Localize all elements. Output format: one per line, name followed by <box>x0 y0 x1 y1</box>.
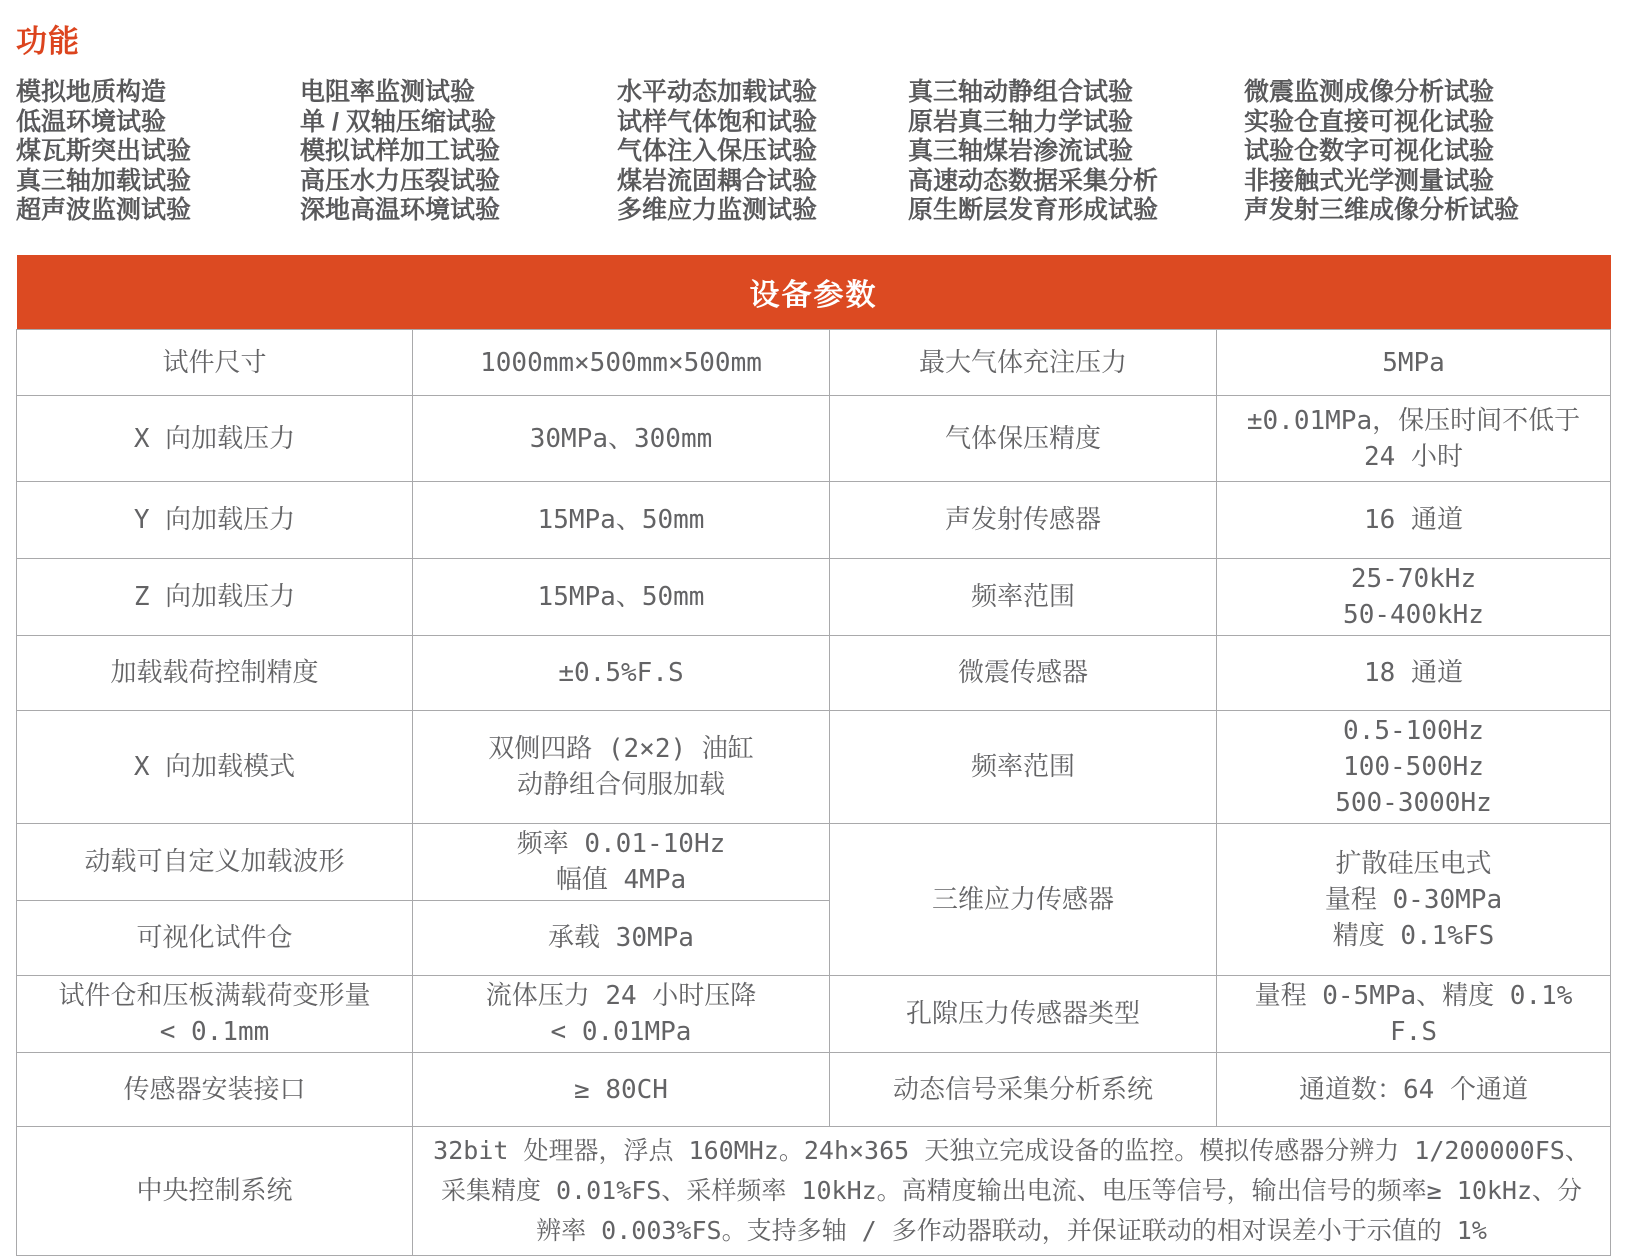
function-column-1: 模拟地质构造 低温环境试验 煤瓦斯突出试验 真三轴加载试验 超声波监测试验 <box>16 78 191 226</box>
param-label-cell: X 向加载模式 <box>17 711 413 824</box>
function-item: 原生断层发育形成试验 <box>908 196 1158 226</box>
param-label-cell: 频率范围 <box>830 711 1217 824</box>
param-value-cell: 5MPa <box>1217 330 1611 396</box>
param-value-cell: 16 通道 <box>1217 482 1611 559</box>
param-label-cell: 声发射传感器 <box>830 482 1217 559</box>
function-item: 气体注入保压试验 <box>617 137 817 167</box>
param-label-cell: 最大气体充注压力 <box>830 330 1217 396</box>
table-row: X 向加载模式 双侧四路 (2×2) 油缸 动静组合伺服加载 频率范围 0.5-… <box>17 711 1611 824</box>
param-value-cell: 15MPa、50mm <box>413 559 830 636</box>
function-item: 真三轴加载试验 <box>16 167 191 197</box>
param-label-cell: 加载载荷控制精度 <box>17 636 413 711</box>
function-item: 模拟地质构造 <box>16 78 191 108</box>
function-item: 深地高温环境试验 <box>300 196 500 226</box>
page-title: 功能 <box>16 16 80 61</box>
param-value-cell: 1000mm×500mm×500mm <box>413 330 830 396</box>
param-label-cell: 三维应力传感器 <box>830 824 1217 976</box>
function-item: 真三轴煤岩渗流试验 <box>908 137 1158 167</box>
table-row: X 向加载压力 30MPa、300mm 气体保压精度 ±0.01MPa，保压时间… <box>17 396 1611 482</box>
function-item: 水平动态加载试验 <box>617 78 817 108</box>
param-label-cell: 动态信号采集分析系统 <box>830 1053 1217 1127</box>
param-label-cell: X 向加载压力 <box>17 396 413 482</box>
function-column-3: 水平动态加载试验 试样气体饱和试验 气体注入保压试验 煤岩流固耦合试验 多维应力… <box>617 78 817 226</box>
param-value-cell: ±0.01MPa，保压时间不低于 24 小时 <box>1217 396 1611 482</box>
function-item: 微震监测成像分析试验 <box>1244 78 1519 108</box>
param-value-cell: 25-70kHz 50-400kHz <box>1217 559 1611 636</box>
table-header-band: 设备参数 <box>17 255 1611 330</box>
param-label-cell: 气体保压精度 <box>830 396 1217 482</box>
table-row: Y 向加载压力 15MPa、50mm 声发射传感器 16 通道 <box>17 482 1611 559</box>
table-row: Z 向加载压力 15MPa、50mm 频率范围 25-70kHz 50-400k… <box>17 559 1611 636</box>
function-item: 煤瓦斯突出试验 <box>16 137 191 167</box>
function-item: 低温环境试验 <box>16 108 191 138</box>
param-label-cell: Z 向加载压力 <box>17 559 413 636</box>
param-label-cell: 微震传感器 <box>830 636 1217 711</box>
param-value-cell: ±0.5%F.S <box>413 636 830 711</box>
function-column-5: 微震监测成像分析试验 实验仓直接可视化试验 试验仓数字可视化试验 非接触式光学测… <box>1244 78 1519 226</box>
param-label-cell: 试件仓和压板满载荷变形量 < 0.1mm <box>17 976 413 1053</box>
table-row: 加载载荷控制精度 ±0.5%F.S 微震传感器 18 通道 <box>17 636 1611 711</box>
param-value-cell: 0.5-100Hz 100-500Hz 500-3000Hz <box>1217 711 1611 824</box>
table-row: 传感器安装接口 ≥ 80CH 动态信号采集分析系统 通道数：64 个通道 <box>17 1053 1611 1127</box>
param-value-cell: 32bit 处理器，浮点 160MHz。24h×365 天独立完成设备的监控。模… <box>413 1127 1611 1256</box>
function-item: 实验仓直接可视化试验 <box>1244 108 1519 138</box>
table-row: 动载可自定义加载波形 频率 0.01-10Hz 幅值 4MPa 三维应力传感器 … <box>17 824 1611 901</box>
param-value-cell: 承载 30MPa <box>413 901 830 976</box>
function-column-4: 真三轴动静组合试验 原岩真三轴力学试验 真三轴煤岩渗流试验 高速动态数据采集分析… <box>908 78 1158 226</box>
function-item: 超声波监测试验 <box>16 196 191 226</box>
param-value-cell: 18 通道 <box>1217 636 1611 711</box>
function-item: 电阻率监测试验 <box>300 78 500 108</box>
param-value-cell: 双侧四路 (2×2) 油缸 动静组合伺服加载 <box>413 711 830 824</box>
function-item: 煤岩流固耦合试验 <box>617 167 817 197</box>
param-value-cell: 15MPa、50mm <box>413 482 830 559</box>
function-item: 原岩真三轴力学试验 <box>908 108 1158 138</box>
param-value-cell: 扩散硅压电式 量程 0-30MPa 精度 0.1%FS <box>1217 824 1611 976</box>
param-label-cell: 动载可自定义加载波形 <box>17 824 413 901</box>
equipment-parameters-table: 设备参数 试件尺寸 1000mm×500mm×500mm 最大气体充注压力 5M… <box>16 255 1611 1256</box>
param-value-cell: 量程 0-5MPa、精度 0.1% F.S <box>1217 976 1611 1053</box>
function-item: 声发射三维成像分析试验 <box>1244 196 1519 226</box>
param-value-cell: 流体压力 24 小时压降 < 0.01MPa <box>413 976 830 1053</box>
param-label-cell: 可视化试件仓 <box>17 901 413 976</box>
table-header-row: 设备参数 <box>17 255 1611 330</box>
function-list: 模拟地质构造 低温环境试验 煤瓦斯突出试验 真三轴加载试验 超声波监测试验 电阻… <box>0 78 1630 238</box>
param-label-cell: 试件尺寸 <box>17 330 413 396</box>
param-label-cell: 频率范围 <box>830 559 1217 636</box>
param-label-cell: 中央控制系统 <box>17 1127 413 1256</box>
table-row: 中央控制系统 32bit 处理器，浮点 160MHz。24h×365 天独立完成… <box>17 1127 1611 1256</box>
function-item: 非接触式光学测量试验 <box>1244 167 1519 197</box>
param-label-cell: 孔隙压力传感器类型 <box>830 976 1217 1053</box>
param-label-cell: Y 向加载压力 <box>17 482 413 559</box>
param-value-cell: 30MPa、300mm <box>413 396 830 482</box>
function-column-2: 电阻率监测试验 单 / 双轴压缩试验 模拟试样加工试验 高压水力压裂试验 深地高… <box>300 78 500 226</box>
function-item: 单 / 双轴压缩试验 <box>300 108 500 138</box>
function-item: 试样气体饱和试验 <box>617 108 817 138</box>
function-item: 试验仓数字可视化试验 <box>1244 137 1519 167</box>
table-row: 试件仓和压板满载荷变形量 < 0.1mm 流体压力 24 小时压降 < 0.01… <box>17 976 1611 1053</box>
table-row: 试件尺寸 1000mm×500mm×500mm 最大气体充注压力 5MPa <box>17 330 1611 396</box>
function-item: 模拟试样加工试验 <box>300 137 500 167</box>
function-item: 高压水力压裂试验 <box>300 167 500 197</box>
param-value-cell: ≥ 80CH <box>413 1053 830 1127</box>
function-item: 高速动态数据采集分析 <box>908 167 1158 197</box>
function-item: 真三轴动静组合试验 <box>908 78 1158 108</box>
function-item: 多维应力监测试验 <box>617 196 817 226</box>
param-value-cell: 通道数：64 个通道 <box>1217 1053 1611 1127</box>
param-value-cell: 频率 0.01-10Hz 幅值 4MPa <box>413 824 830 901</box>
param-label-cell: 传感器安装接口 <box>17 1053 413 1127</box>
